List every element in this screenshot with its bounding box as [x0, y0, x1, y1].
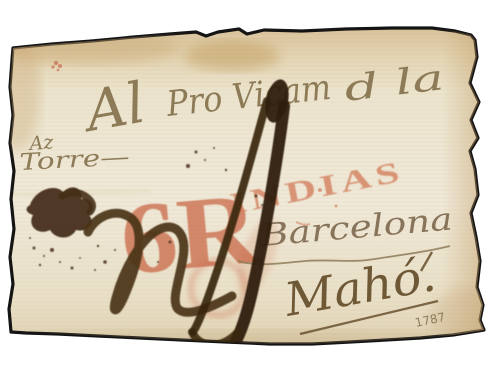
top-stain	[184, 41, 280, 71]
photo-stage: 6R INDIAS Al Pro Vicam d la Az Torre— Ba…	[0, 0, 500, 375]
cover-photo: 6R INDIAS Al Pro Vicam d la Az Torre— Ba…	[0, 0, 500, 375]
